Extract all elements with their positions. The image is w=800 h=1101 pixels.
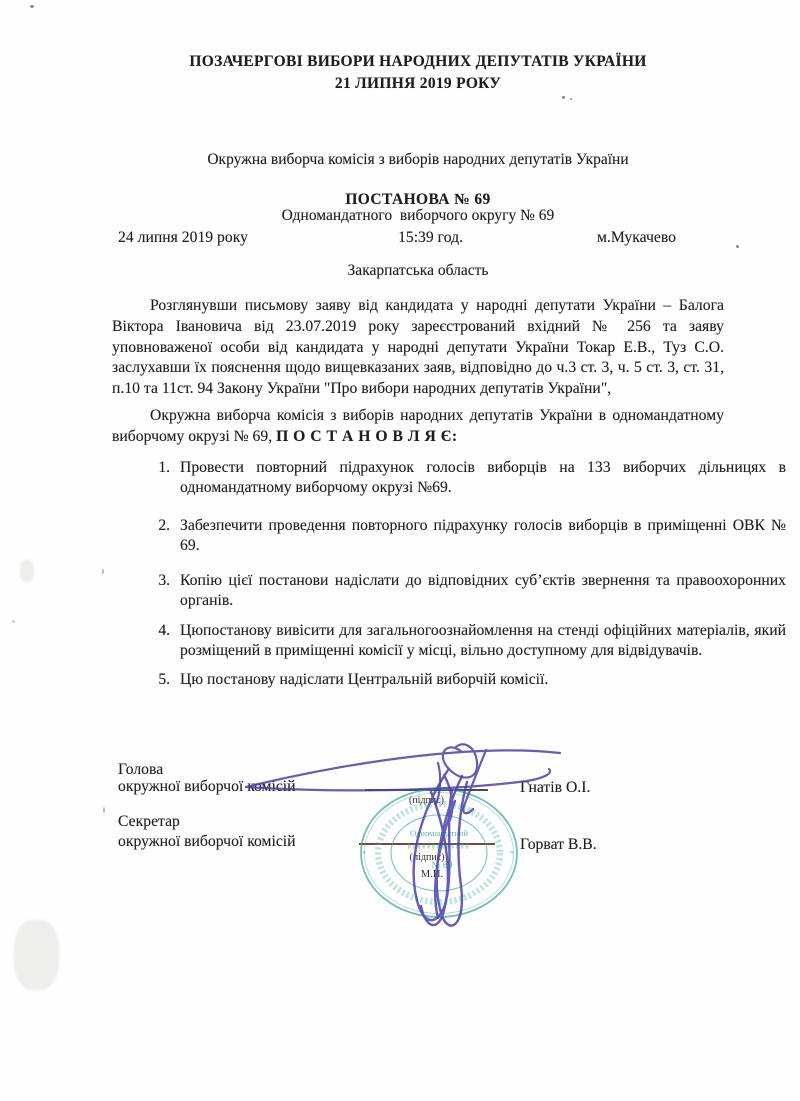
chairman-signature-line — [365, 789, 488, 791]
scan-artifact — [570, 98, 572, 100]
election-title-line1: ПОЗАЧЕРГОВІ ВИБОРИ НАРОДНИХ ДЕПУТАТІВ УК… — [112, 51, 724, 73]
scan-artifact — [102, 569, 104, 574]
scan-smudge — [20, 560, 34, 582]
scan-artifact — [103, 807, 105, 813]
commission-name: Окружна виборча комісія з виборів народн… — [112, 151, 724, 170]
scan-artifact — [30, 5, 34, 8]
resolution-item: Цю постанову надіслати Центральній вибор… — [174, 670, 786, 690]
scanned-document-page: ПОЗАЧЕРГОВІ ВИБОРИ НАРОДНИХ ДЕПУТАТІВ УК… — [0, 0, 800, 1101]
secretary-role-line1: Секретар — [118, 813, 180, 831]
commission-header: Окружна виборча комісія з виборів народн… — [112, 114, 724, 318]
resolution-item: Копію цієї постанови надіслати до відпов… — [174, 571, 786, 610]
dateline: 24 липня 2019 року 15:39 год. м.Мукачево — [112, 229, 724, 249]
resolution-item: Забезпечити проведення повторного підрах… — [174, 516, 786, 555]
secretary-handwritten-signature — [414, 770, 467, 926]
scan-artifact — [736, 245, 739, 248]
preamble-paragraph: Розглянувши письмову заяву від кандидата… — [112, 296, 724, 400]
resolves-paragraph: Окружна виборча комісія з виборів народн… — [112, 406, 724, 448]
scan-artifact — [562, 96, 565, 99]
secretary-name: Горват В.В. — [520, 836, 597, 854]
oblast-name: Закарпатська область — [112, 262, 724, 281]
district-number: Одномандатного виборчого округу № 69 — [112, 207, 724, 226]
resolution-place: м.Мукачево — [597, 229, 676, 247]
secretary-signature-caption: (підпис) — [359, 852, 495, 863]
seal-place-label: М.П. — [397, 869, 467, 880]
stamp-center-text: Одномандатний № 69 * * — [362, 828, 515, 871]
resolution-item: Провести повторний підрахунок голосів ви… — [174, 458, 786, 497]
chairman-name: Гнатів О.І. — [520, 779, 590, 797]
chairman-role-line1: Голова — [118, 761, 163, 779]
resolution-time: 15:39 год. — [398, 229, 463, 247]
resolution-list: Провести повторний підрахунок голосів ви… — [112, 458, 786, 690]
election-title: ПОЗАЧЕРГОВІ ВИБОРИ НАРОДНИХ ДЕПУТАТІВ УК… — [112, 51, 724, 95]
scan-smudge — [14, 920, 59, 990]
resolution-date: 24 липня 2019 року — [118, 229, 248, 247]
resolution-title: ПОСТАНОВА № 69 — [112, 191, 724, 209]
secretary-role-line2: окружної виборчої комісій — [118, 833, 296, 851]
resolution-item: Цюпостанову вивісити для загальногоознай… — [174, 621, 786, 660]
secretary-signature-line — [359, 843, 495, 845]
scan-artifact — [12, 620, 15, 623]
chairman-signature-caption: (підпис) — [365, 795, 488, 806]
stamp-text-district: Одномандатний — [410, 828, 468, 838]
chairman-role-line2: окружної виборчої комісій — [118, 778, 296, 796]
stamp-star-right: * — [510, 849, 515, 859]
resolves-keyword: П О С Т А Н О В Л Я Є: — [276, 428, 458, 445]
election-title-line2: 21 ЛИПНЯ 2019 РОКУ — [112, 73, 724, 95]
